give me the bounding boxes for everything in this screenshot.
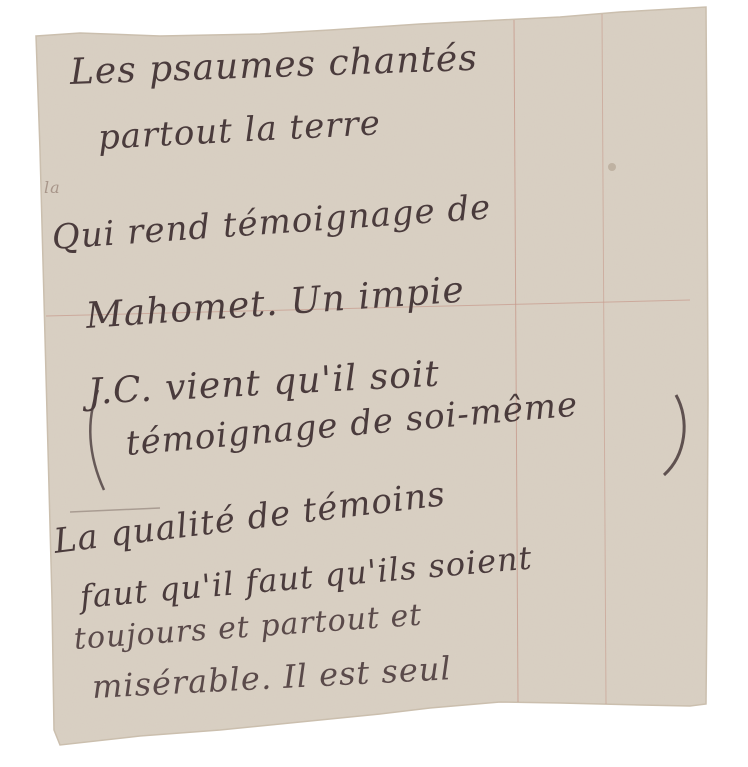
manuscript-page: la Les psaumes chantés partout la terre …	[0, 0, 748, 767]
margin-note: la	[44, 178, 61, 197]
